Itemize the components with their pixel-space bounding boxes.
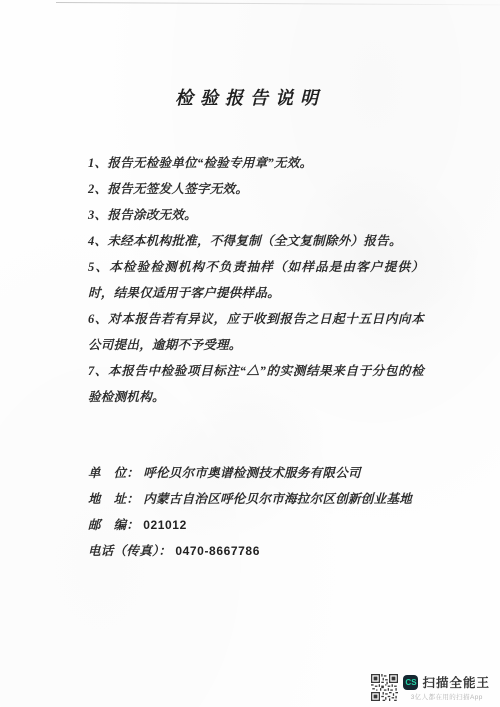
phone-label: 电话（传真）： — [88, 544, 171, 558]
note-item-1: 1、报告无检验单位“检验专用章”无效。 — [88, 150, 424, 176]
contact-row-unit: 单 位：呼伦贝尔市奥谱检测技术服务有限公司 — [88, 460, 448, 486]
qr-code-icon — [371, 674, 398, 701]
camscanner-name-row: CS 扫描全能王 — [403, 673, 490, 691]
camscanner-watermark: CS 扫描全能王 3亿人都在用的扫描App — [371, 673, 490, 701]
postcode-value: 021012 — [143, 518, 187, 532]
contact-row-address: 地 址：内蒙古自治区呼伦贝尔市海拉尔区创新创业基地 — [88, 486, 448, 512]
address-value: 内蒙古自治区呼伦贝尔市海拉尔区创新创业基地 — [143, 492, 412, 506]
contact-row-phone: 电话（传真）：0470-8667786 — [88, 538, 448, 564]
note-item-7: 7、本报告中检验项目标注“△”的实测结果来自于分包的检验检测机构。 — [88, 358, 424, 410]
phone-value: 0470-8667786 — [175, 544, 260, 558]
camscanner-app-name: 扫描全能王 — [422, 673, 490, 691]
camscanner-label-group: CS 扫描全能王 3亿人都在用的扫描App — [403, 673, 490, 701]
note-item-5: 5、本检验检测机构不负责抽样（如样品是由客户提供）时，结果仅适用于客户提供样品。 — [88, 254, 424, 306]
postcode-label: 邮 编： — [88, 518, 139, 532]
page-title: 检验报告说明 — [0, 84, 500, 110]
camscanner-tagline: 3亿人都在用的扫描App — [411, 692, 483, 701]
notes-list: 1、报告无检验单位“检验专用章”无效。 2、报告无签发人签字无效。 3、报告涂改… — [88, 150, 424, 410]
scan-edge-artifact — [56, 2, 500, 5]
note-item-6: 6、对本报告若有异议，应于收到报告之日起十五日内向本公司提出，逾期不予受理。 — [88, 306, 424, 358]
note-item-2: 2、报告无签发人签字无效。 — [88, 176, 424, 202]
address-label: 地 址： — [88, 492, 139, 506]
contact-block: 单 位：呼伦贝尔市奥谱检测技术服务有限公司 地 址：内蒙古自治区呼伦贝尔市海拉尔… — [88, 460, 448, 564]
contact-row-postcode: 邮 编：021012 — [88, 512, 448, 538]
unit-value: 呼伦贝尔市奥谱检测技术服务有限公司 — [143, 466, 361, 480]
note-item-3: 3、报告涂改无效。 — [88, 202, 424, 228]
scanned-page: 检验报告说明 1、报告无检验单位“检验专用章”无效。 2、报告无签发人签字无效。… — [0, 0, 500, 707]
unit-label: 单 位： — [88, 466, 139, 480]
note-item-4: 4、未经本机构批准，不得复制（全文复制除外）报告。 — [88, 228, 424, 254]
camscanner-logo-icon: CS — [403, 675, 418, 690]
